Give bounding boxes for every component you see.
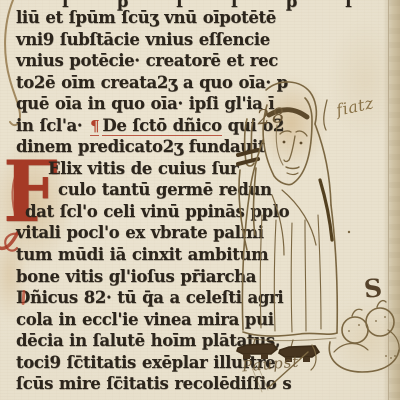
text-line: bone vitis gl'ioſus pr̄iarcha bbox=[16, 266, 254, 288]
handwritten-word-bottom: Paupst bbox=[241, 353, 300, 376]
robe-right bbox=[331, 205, 337, 333]
ink-dot bbox=[348, 231, 350, 233]
text-line: Elix vitis de cuius ſur bbox=[48, 158, 254, 180]
manuscript-page: F ſ p ſ ſ p ſ liū et ſpūm ſcūʒ vnū oīpot… bbox=[0, 0, 400, 400]
red-touched-capital: D bbox=[16, 288, 30, 307]
handwritten-letter-s: S bbox=[363, 273, 384, 303]
fruit bbox=[342, 317, 368, 343]
red-underlined-text: De ſctō dñico bbox=[102, 116, 221, 137]
text-line: vnius potēcie· creatorē et rec bbox=[16, 50, 254, 72]
hood-drape bbox=[315, 124, 331, 205]
page-edge-shadow bbox=[383, 0, 400, 400]
text-column: ſ p ſ ſ p ſ liū et ſpūm ſcūʒ vnū oīpotēt… bbox=[16, 7, 254, 395]
text-line: tum mūdi iā cinxit ambitum bbox=[16, 244, 254, 266]
text-line-clipped: ſ p ſ ſ p ſ bbox=[62, 0, 365, 11]
text-line: to2ē oīm creata2ʒ a quo oīa· p bbox=[16, 72, 254, 94]
text-line-rubricated: in ſcl'a· ¶De ſctō dñico qui o2 bbox=[16, 115, 254, 137]
text-line: toci9 ſc̄titatis exēplar illuſtre bbox=[16, 352, 254, 374]
text-line: dat ſcl'o celi vinū ppinās pplo bbox=[25, 201, 254, 223]
handwritten-word-top: fiatz bbox=[334, 93, 375, 119]
text-line: vni9 ſubſtācie vnius eſſencie bbox=[16, 29, 254, 51]
handwritten-number: 28 bbox=[256, 103, 288, 130]
pilcrow-mark: ¶ bbox=[90, 117, 99, 136]
text-line: ſcūs mire ſc̄itatis recolēdiſſio s bbox=[16, 373, 254, 395]
text-line-rubricated: Dñicus 82· tū q̄a a celeſti agri bbox=[16, 287, 254, 309]
text-line: dēcia in ſalutē hoīm plātatus, bbox=[16, 330, 254, 352]
text-line: culo tantū germē redun bbox=[58, 179, 254, 201]
text-line: dinem predicato2ʒ fundauit bbox=[16, 136, 254, 158]
text-line: cola in eccl'ie vinea mira pui bbox=[16, 309, 254, 331]
text-line: vitali pocl'o ex vbrate palmi bbox=[16, 222, 254, 244]
text-line: quē oīa in quo oīa· ipſi gl'ia ī bbox=[16, 93, 254, 115]
